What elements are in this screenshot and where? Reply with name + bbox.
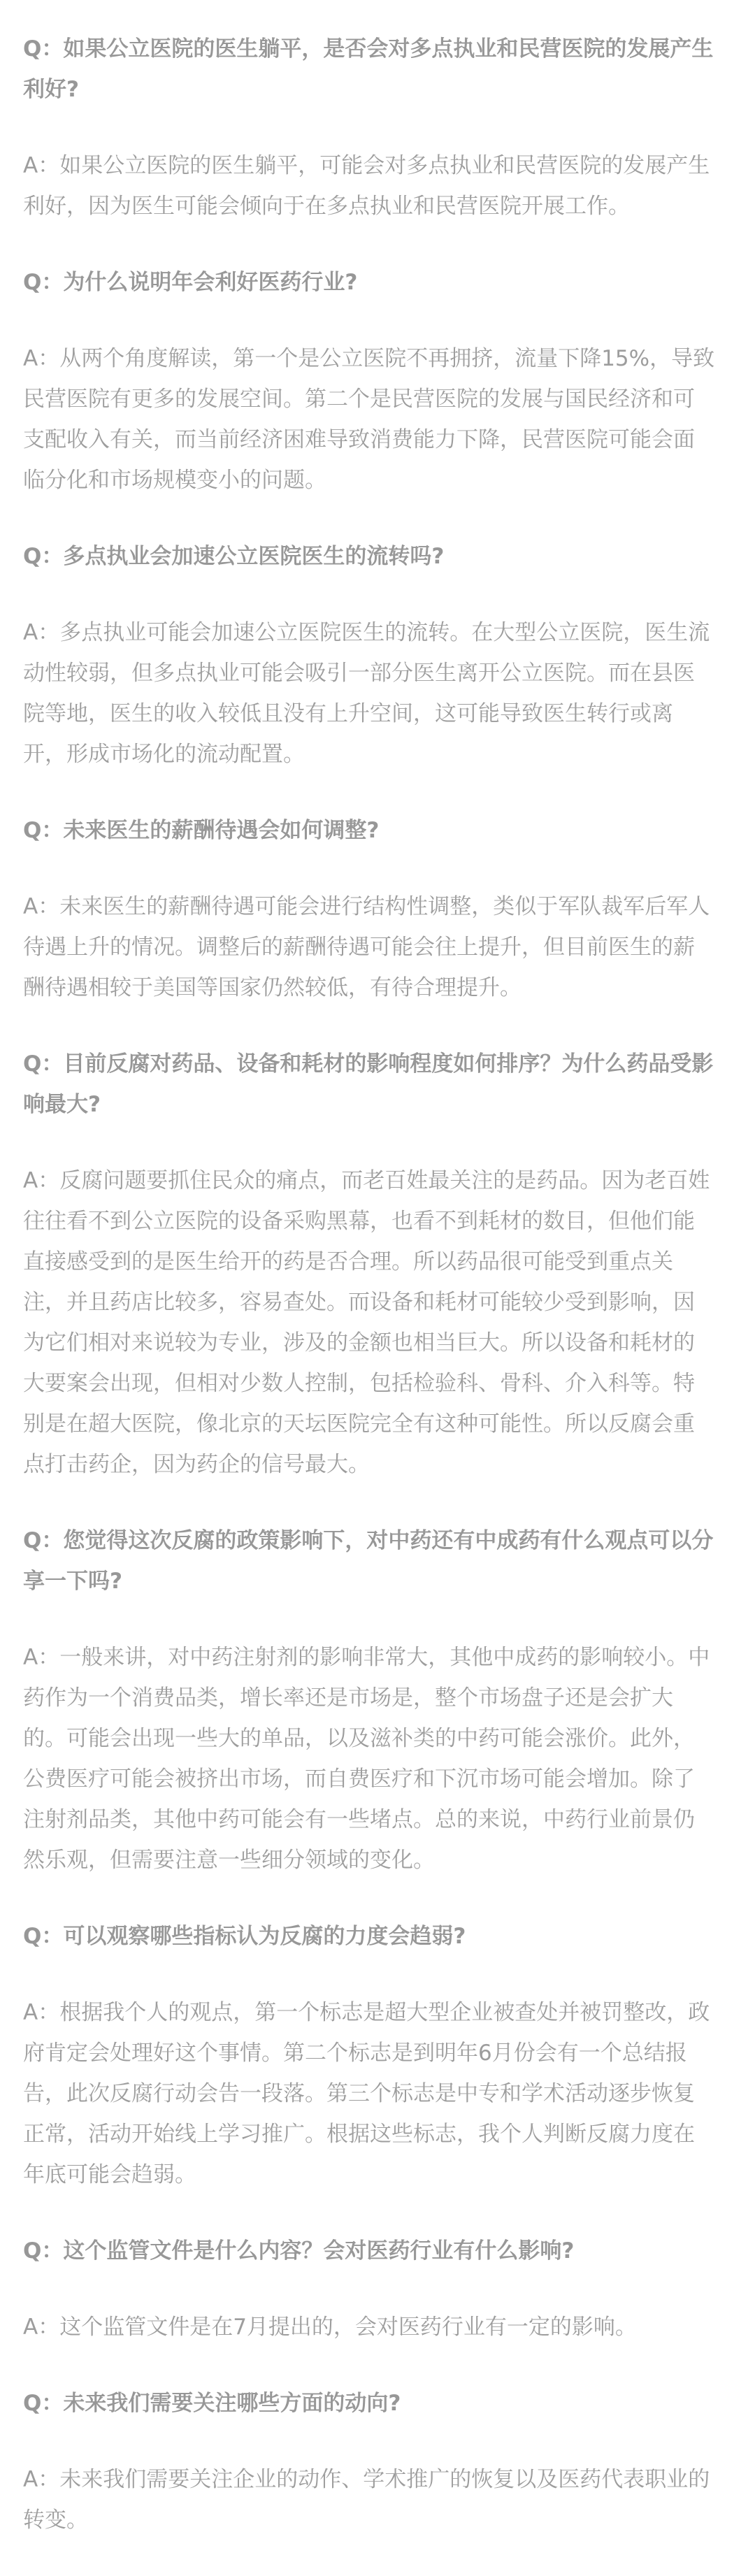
answer-text: A：从两个角度解读，第一个是公立医院不再拥挤，流量下降15%，导致民营医院有更多… [23, 338, 715, 501]
qa-item-3: Q：多点执业会加速公立医院医生的流转吗? A：多点执业可能会加速公立医院医生的流… [23, 536, 715, 775]
qa-item-9: Q：未来我们需要关注哪些方面的动向? A：未来我们需要关注企业的动作、学术推广的… [23, 2383, 715, 2540]
answer-text: A：反腐问题要抓住民众的痛点，而老百姓最关注的是药品。因为老百姓往往看不到公立医… [23, 1160, 715, 1485]
qa-item-1: Q：如果公立医院的医生躺平，是否会对多点执业和民营医院的发展产生利好? A：如果… [23, 29, 715, 226]
qa-item-6: Q：您觉得这次反腐的政策影响下，对中药还有中成药有什么观点可以分享一下吗? A：… [23, 1520, 715, 1880]
qa-item-7: Q：可以观察哪些指标认为反腐的力度会趋弱? A：根据我个人的观点，第一个标志是超… [23, 1916, 715, 2195]
answer-text: A：未来医生的薪酬待遇可能会进行结构性调整，类似于军队裁军后军人待遇上升的情况。… [23, 886, 715, 1008]
question-text: Q：这个监管文件是什么内容？会对医药行业有什么影响? [23, 2231, 715, 2271]
question-text: Q：未来我们需要关注哪些方面的动向? [23, 2383, 715, 2424]
qa-item-5: Q：目前反腐对药品、设备和耗材的影响程度如何排序？为什么药品受影响最大? A：反… [23, 1044, 715, 1485]
answer-text: A：多点执业可能会加速公立医院医生的流转。在大型公立医院，医生流动性较弱，但多点… [23, 612, 715, 775]
qa-item-8: Q：这个监管文件是什么内容？会对医药行业有什么影响? A：这个监管文件是在7月提… [23, 2231, 715, 2347]
answer-text: A：一般来讲，对中药注射剂的影响非常大，其他中成药的影响较小。中药作为一个消费品… [23, 1637, 715, 1880]
answer-text: A：未来我们需要关注企业的动作、学术推广的恢复以及医药代表职业的转变。 [23, 2459, 715, 2540]
answer-text: A：如果公立医院的医生躺平，可能会对多点执业和民营医院的发展产生利好，因为医生可… [23, 145, 715, 226]
question-text: Q：如果公立医院的医生躺平，是否会对多点执业和民营医院的发展产生利好? [23, 29, 715, 110]
question-text: Q：可以观察哪些指标认为反腐的力度会趋弱? [23, 1916, 715, 1957]
answer-text: A：根据我个人的观点，第一个标志是超大型企业被查处并被罚整改，政府肯定会处理好这… [23, 1992, 715, 2195]
question-text: Q：您觉得这次反腐的政策影响下，对中药还有中成药有什么观点可以分享一下吗? [23, 1520, 715, 1602]
question-text: Q：目前反腐对药品、设备和耗材的影响程度如何排序？为什么药品受影响最大? [23, 1044, 715, 1125]
question-text: Q：为什么说明年会利好医药行业? [23, 262, 715, 303]
qa-article: Q：如果公立医院的医生躺平，是否会对多点执业和民营医院的发展产生利好? A：如果… [0, 0, 755, 2540]
qa-item-4: Q：未来医生的薪酬待遇会如何调整? A：未来医生的薪酬待遇可能会进行结构性调整，… [23, 810, 715, 1008]
question-text: Q：多点执业会加速公立医院医生的流转吗? [23, 536, 715, 577]
question-text: Q：未来医生的薪酬待遇会如何调整? [23, 810, 715, 851]
answer-text: A：这个监管文件是在7月提出的，会对医药行业有一定的影响。 [23, 2307, 715, 2347]
qa-item-2: Q：为什么说明年会利好医药行业? A：从两个角度解读，第一个是公立医院不再拥挤，… [23, 262, 715, 501]
